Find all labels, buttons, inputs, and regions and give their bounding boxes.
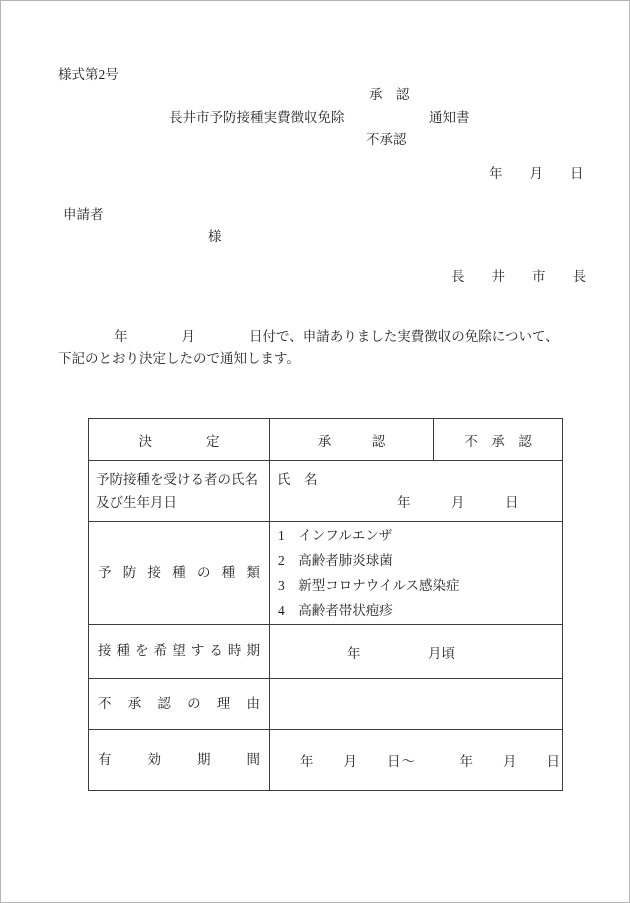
label-name-line2: 及び生年月日	[89, 491, 269, 514]
label-vaccine-type: 予 防 接 種 の 種 類	[89, 522, 270, 625]
title-not-approved-option: 不承認	[366, 132, 407, 148]
row-validity-period: 有 効 期 間 年 月 日～ 年 月 日	[89, 730, 563, 791]
value-desired-period: 年 月頃	[270, 625, 563, 679]
vaccine-item: 3 新型コロナウイルス感染症	[270, 573, 562, 598]
value-name-birthdate: 氏 名 年 月 日	[270, 461, 563, 522]
vaccine-item: 2 高齢者肺炎球菌	[270, 548, 562, 573]
applicant-label: 申請者	[63, 207, 104, 223]
document-title-suffix: 通知書	[429, 110, 470, 126]
label-desired-period: 接 種 を 希 望 す る 時 期	[89, 625, 270, 679]
label-validity-period: 有 効 期 間	[89, 730, 270, 791]
value-vaccine-type: 1 インフルエンザ 2 高齢者肺炎球菌 3 新型コロナウイルス感染症 4 高齢者…	[270, 522, 563, 625]
vaccine-item: 4 高齢者帯状疱疹	[270, 598, 562, 623]
row-rejection-reason: 不 承 認 の 理 由	[89, 679, 563, 730]
document-page: 様式第2号 承 認 長井市予防接種実費徴収免除 通知書 不承認 年 月 日 申請…	[0, 0, 630, 903]
notification-line-2: 下記のとおり決定したので通知します。	[58, 348, 593, 370]
table-header-row: 決 定 承 認 不 承 認	[89, 419, 563, 461]
issue-date-line: 年 月 日	[489, 166, 584, 182]
value-validity-period: 年 月 日～ 年 月 日	[270, 730, 563, 791]
vaccine-item: 1 インフルエンザ	[270, 523, 562, 548]
validity-period-text: 年 月 日～ 年 月 日	[270, 750, 562, 770]
label-rejection-reason-text: 不 承 認 の 理 由	[89, 696, 269, 712]
name-field-label: 氏 名	[270, 468, 562, 491]
row-name-birthdate: 予防接種を受ける者の氏名 及び生年月日 氏 名 年 月 日	[89, 461, 563, 522]
label-rejection-reason: 不 承 認 の 理 由	[89, 679, 270, 730]
birthdate-field-label: 年 月 日	[270, 491, 562, 514]
honorific-label: 様	[208, 229, 222, 245]
decision-table: 決 定 承 認 不 承 認 予防接種を受ける者の氏名 及び生年月日 氏 名 年 …	[88, 418, 563, 791]
label-validity-period-text: 有 効 期 間	[89, 752, 269, 768]
document-title: 長井市予防接種実費徴収免除	[169, 110, 345, 126]
mayor-signature: 長 井 市 長	[451, 269, 586, 285]
value-rejection-reason	[270, 679, 563, 730]
title-approved-option: 承 認	[369, 87, 410, 103]
label-vaccine-type-text: 予 防 接 種 の 種 類	[89, 565, 269, 581]
row-vaccine-type: 予 防 接 種 の 種 類 1 インフルエンザ 2 高齢者肺炎球菌 3 新型コロ…	[89, 522, 563, 625]
label-name-birthdate: 予防接種を受ける者の氏名 及び生年月日	[89, 461, 270, 522]
row-desired-period: 接 種 を 希 望 す る 時 期 年 月頃	[89, 625, 563, 679]
label-desired-period-text: 接 種 を 希 望 す る 時 期	[89, 643, 269, 659]
notification-paragraph: 年 月 日付で、申請ありました実費徴収の免除について、 下記のとおり決定したので…	[58, 326, 593, 370]
label-name-line1: 予防接種を受ける者の氏名	[89, 468, 269, 491]
header-not-approved: 不 承 認	[434, 419, 563, 461]
header-decision: 決 定	[89, 419, 270, 461]
form-number: 様式第2号	[58, 67, 119, 83]
notification-line-1: 年 月 日付で、申請ありました実費徴収の免除について、	[58, 326, 593, 348]
desired-period-text: 年 月頃	[270, 642, 562, 662]
header-approved: 承 認	[270, 419, 434, 461]
